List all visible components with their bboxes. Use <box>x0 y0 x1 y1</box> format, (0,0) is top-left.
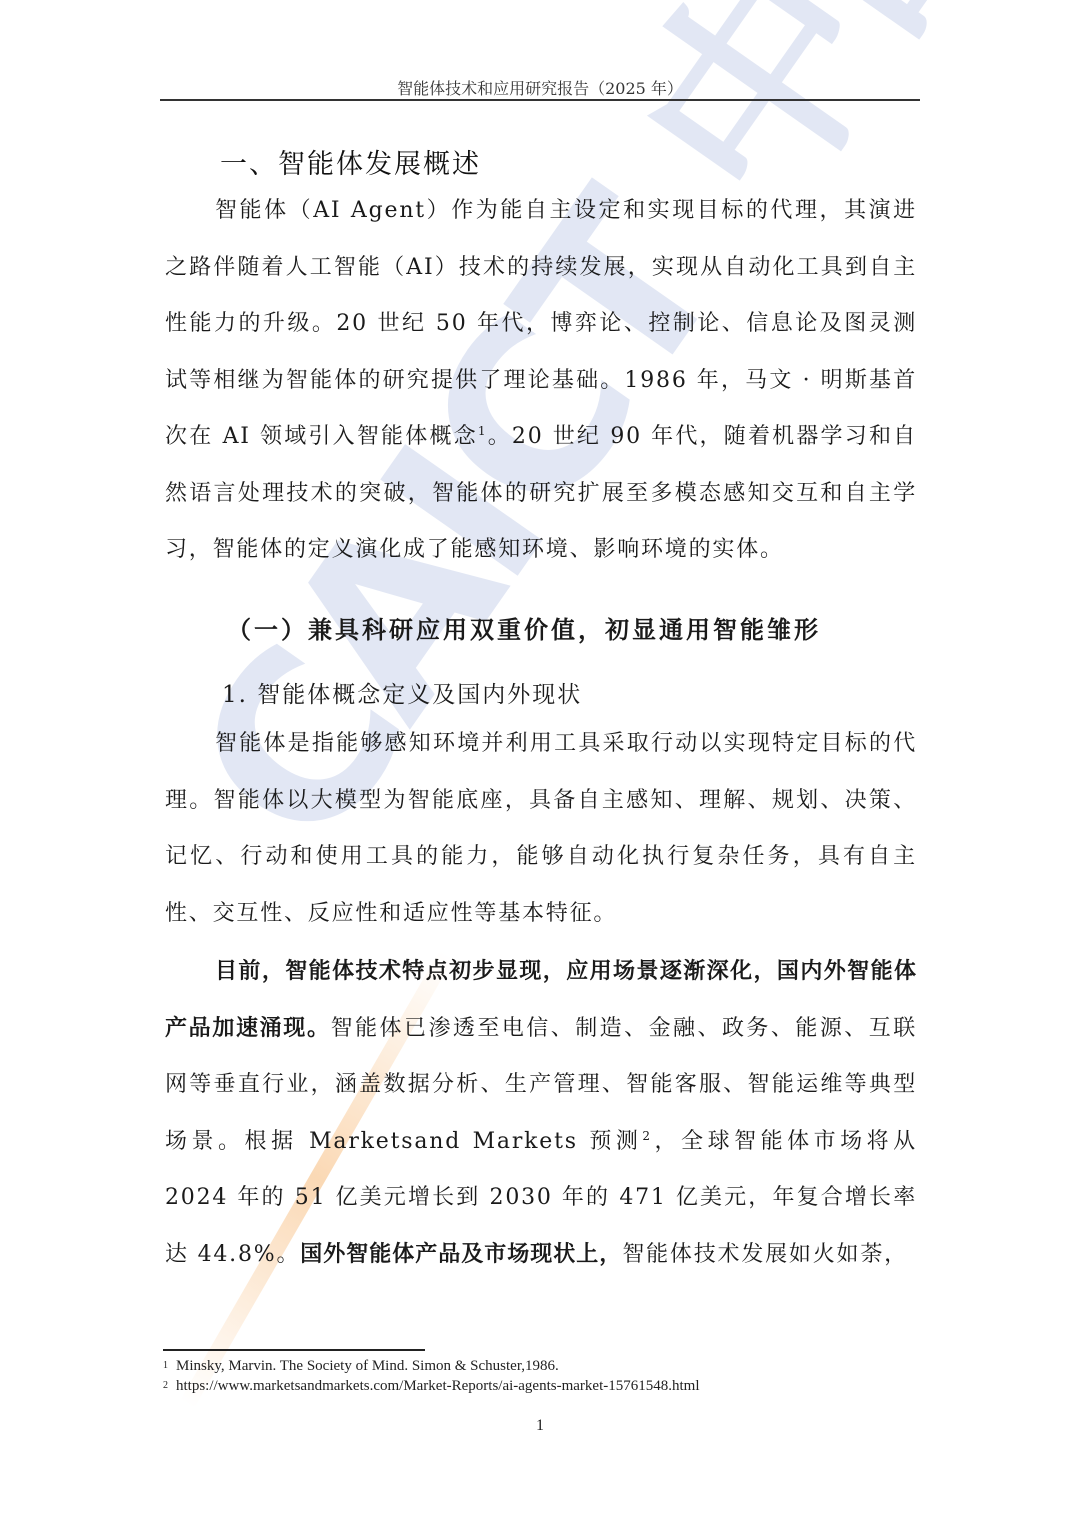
running-header: 智能体技术和应用研究报告（2025 年） <box>160 76 920 99</box>
footnote-1: 1Minsky, Marvin. The Society of Mind. Si… <box>163 1356 699 1376</box>
footnotes: 1Minsky, Marvin. The Society of Mind. Si… <box>163 1356 699 1396</box>
footnote-2: 2https://www.marketsandmarkets.com/Marke… <box>163 1376 699 1396</box>
definition-paragraph: 智能体是指能够感知环境并利用工具采取行动以实现特定目标的代理。智能体以大模型为智… <box>165 716 917 942</box>
footnote-ref-2[interactable]: 2 <box>642 1129 651 1143</box>
footnote-rule <box>163 1349 425 1351</box>
subsection-heading: （一）兼具科研应用双重价值，初显通用智能雏形 <box>227 610 821 645</box>
status-tail: 智能体技术发展如火如荼， <box>622 1242 908 1267</box>
page-number: 1 <box>530 1417 550 1435</box>
document-page: CAICT 中国信通院 智能体技术和应用研究报告（2025 年） 一、智能体发展… <box>0 0 1080 1527</box>
section-heading: 一、智能体发展概述 <box>220 142 481 181</box>
footnote-link[interactable]: https://www.marketsandmarkets.com/Market… <box>176 1378 699 1394</box>
intro-text: 智能体（AI Agent）作为能自主设定和实现目标的代理，其演进之路伴随着人工智… <box>165 198 917 449</box>
header-rule <box>160 99 920 101</box>
status-bold-mid: 国外智能体产品及市场现状上， <box>300 1242 622 1267</box>
status-paragraph: 目前，智能体技术特点初步显现，应用场景逐渐深化，国内外智能体产品加速涌现。智能体… <box>165 944 917 1283</box>
intro-paragraph: 智能体（AI Agent）作为能自主设定和实现目标的代理，其演进之路伴随着人工智… <box>165 183 917 579</box>
footnote-ref-1[interactable]: 1 <box>478 424 487 438</box>
subsubsection-heading: 1. 智能体概念定义及国内外现状 <box>222 676 582 709</box>
